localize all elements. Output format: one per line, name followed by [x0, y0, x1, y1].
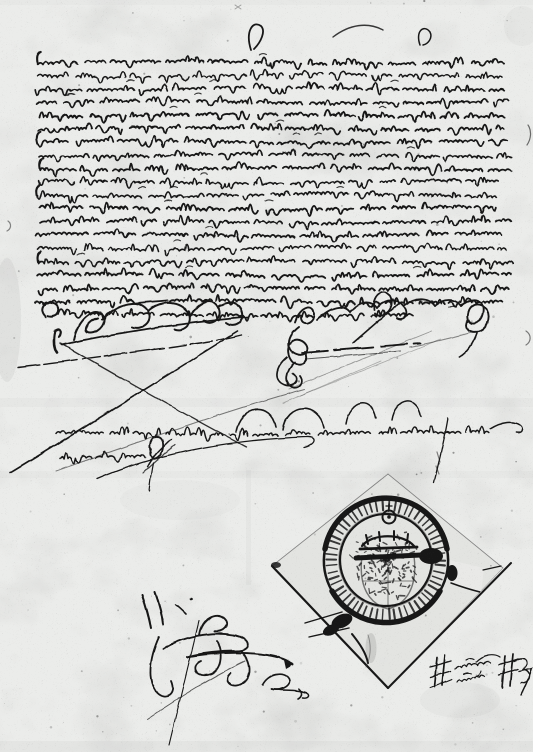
- manuscript-page: [0, 0, 533, 752]
- scan-grain-overlay: [0, 0, 533, 752]
